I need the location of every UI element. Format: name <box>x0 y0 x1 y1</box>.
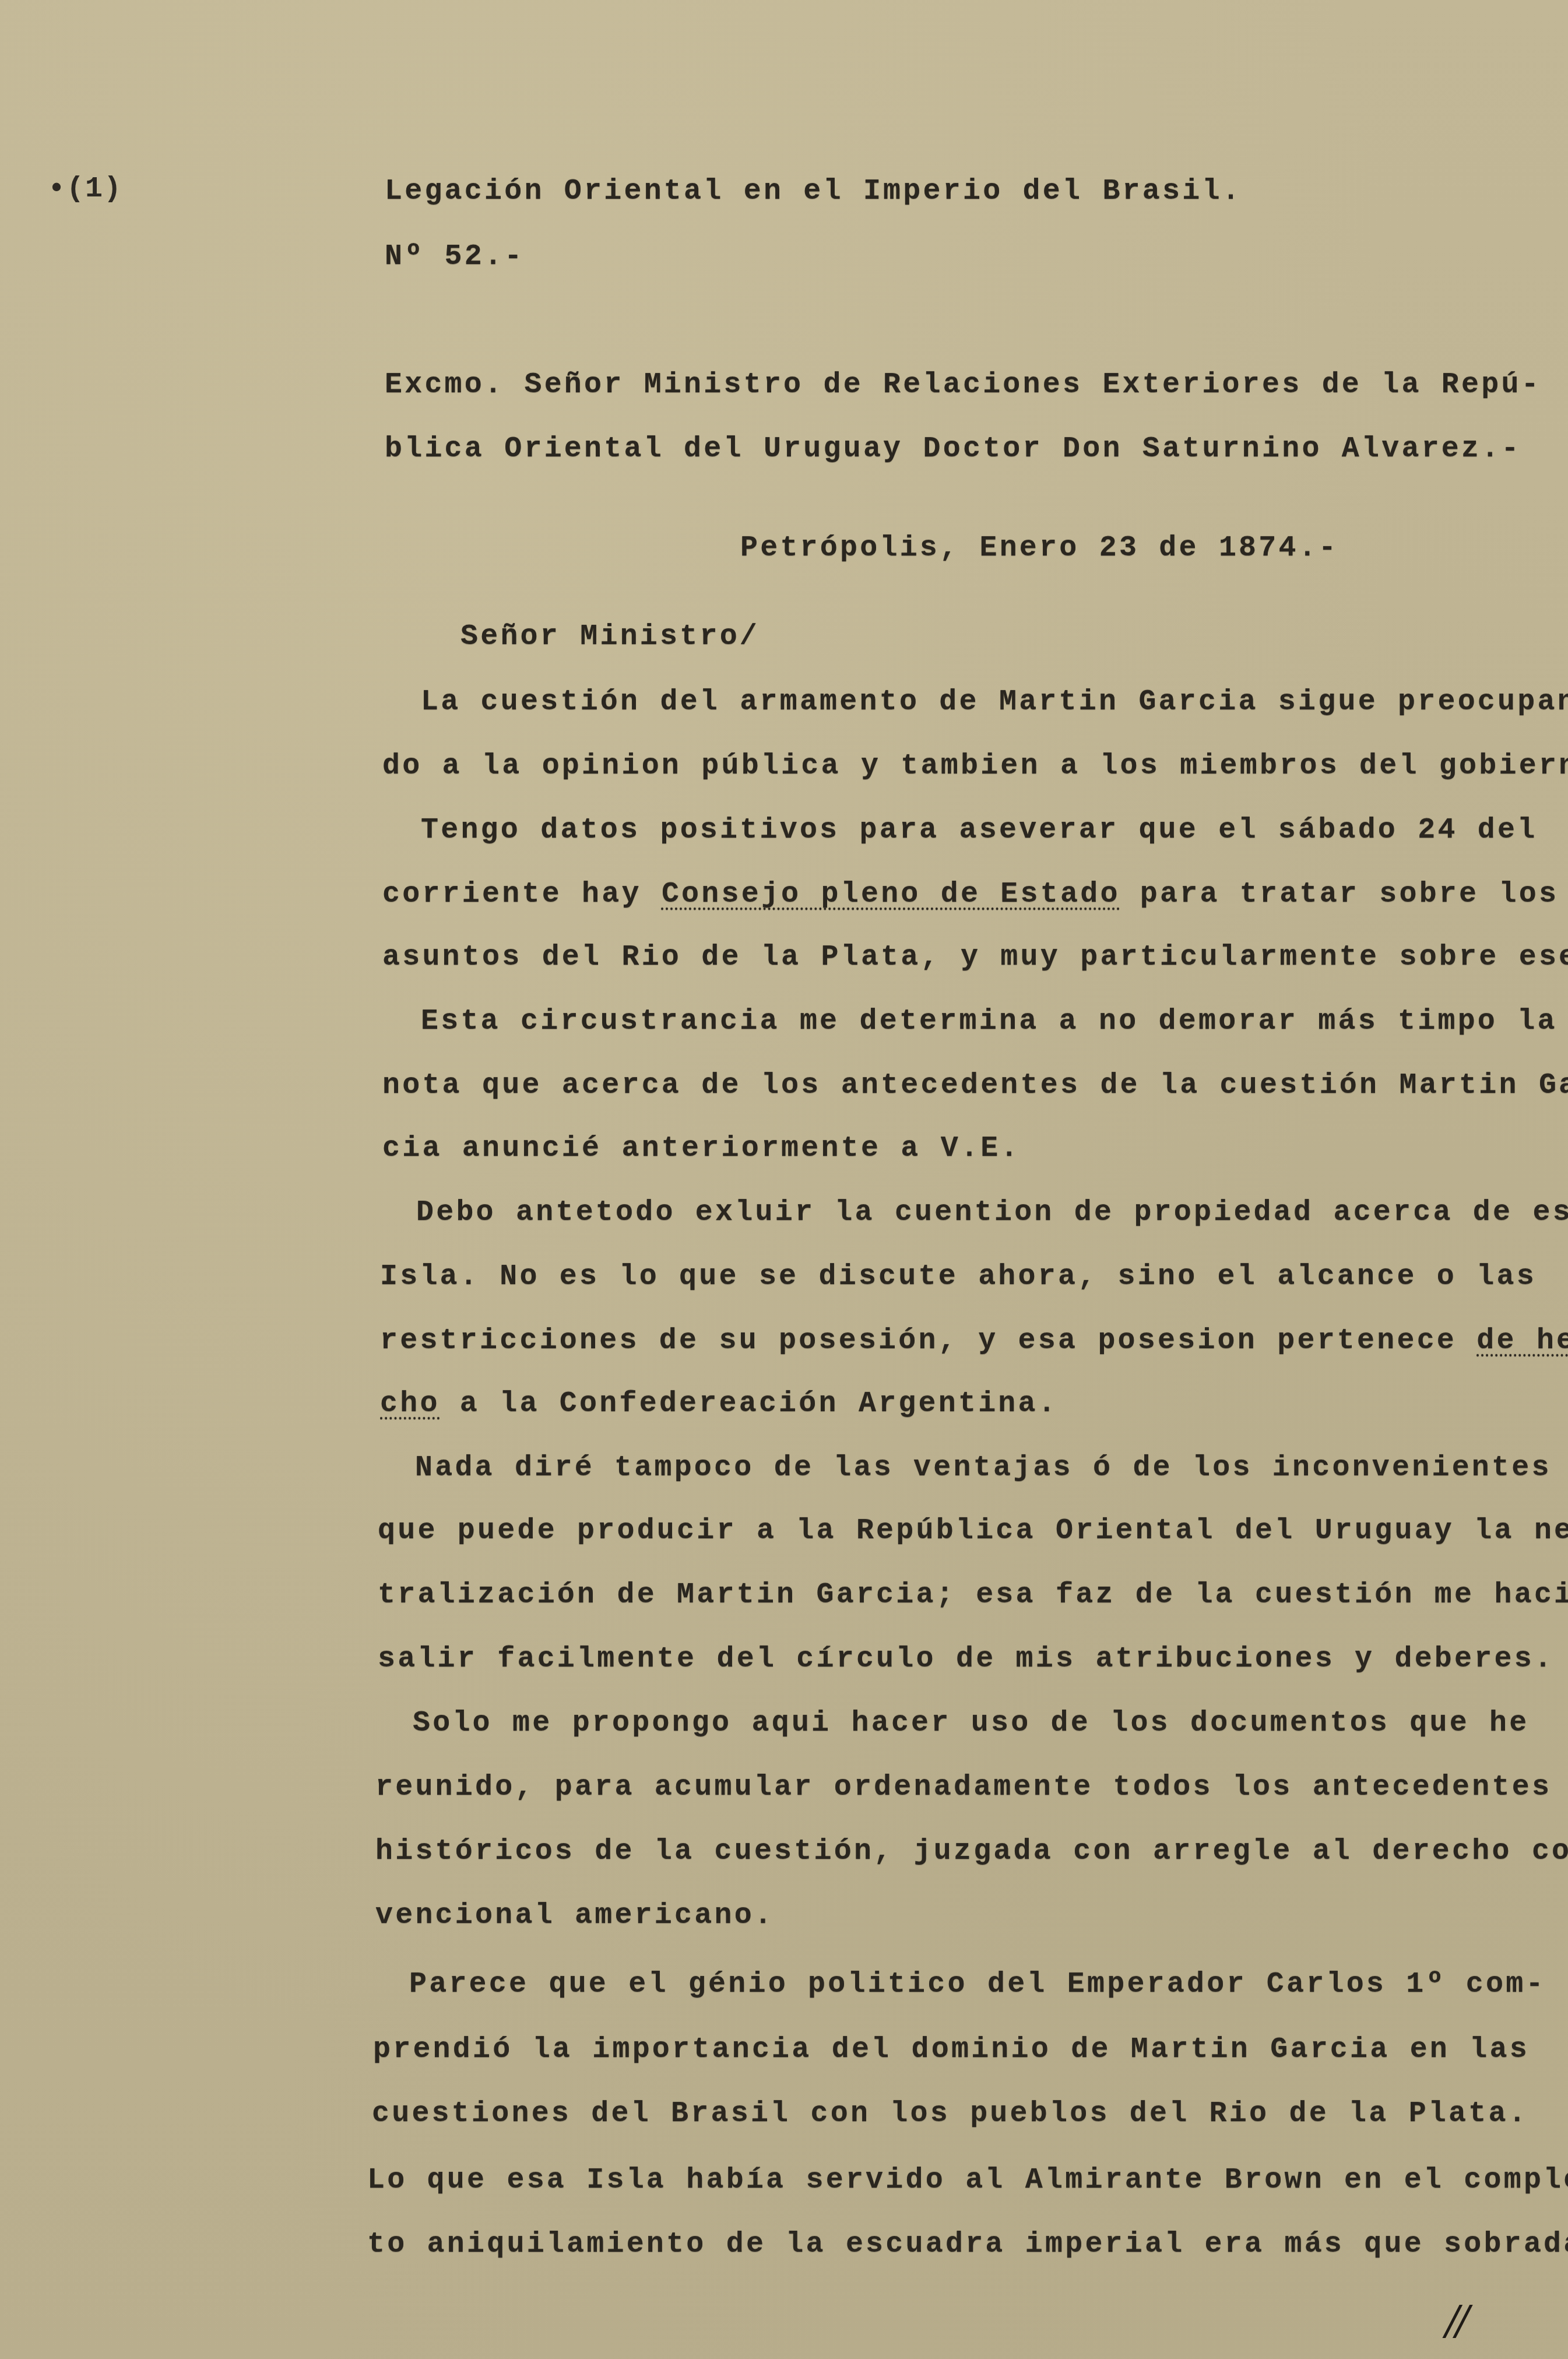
underlined-phrase: de he- <box>1476 1324 1568 1358</box>
body-line: Solo me propongo aqui hacer uso de los d… <box>413 1707 1529 1740</box>
body-line: do a la opinion pública y tambien a los … <box>382 750 1568 783</box>
body-line: nota que acerca de los antecedentes de l… <box>382 1069 1568 1102</box>
body-line: Nada diré tampoco de las ventajas ó de l… <box>415 1451 1552 1485</box>
place-date: Petrópolis, Enero 23 de 1874.- <box>740 532 1338 565</box>
body-line: salir facilmente del círculo de mis atri… <box>378 1643 1554 1676</box>
body-line: asuntos del Rio de la Plata, y muy parti… <box>382 941 1568 974</box>
body-line: Lo que esa Isla había servido al Almiran… <box>367 2164 1568 2197</box>
salutation: Señor Ministro/ <box>460 620 760 653</box>
body-line: que puede producir a la República Orient… <box>378 1514 1568 1548</box>
body-line-text: a la Confedereación Argentina. <box>440 1387 1058 1421</box>
body-line: vencional americano. <box>375 1899 774 1932</box>
body-line: La cuestión del armamento de Martin Garc… <box>421 685 1568 719</box>
addressee-line-1: Excmo. Señor Ministro de Relaciones Exte… <box>385 368 1541 402</box>
legation-header: Legación Oriental en el Imperio del Bras… <box>385 175 1242 208</box>
body-line-text: restricciones de su posesión, y esa pose… <box>380 1324 1476 1358</box>
body-line: cuestiones del Brasil con los pueblos de… <box>372 2097 1528 2131</box>
body-line: históricos de la cuestión, juzgada con a… <box>375 1835 1568 1868</box>
body-line: Esta circustrancia me determina a no dem… <box>421 1005 1558 1038</box>
body-line: Isla. No es lo que se discute ahora, sin… <box>380 1260 1537 1293</box>
body-line-text: corriente hay <box>382 878 662 911</box>
addressee-line-2: blica Oriental del Uruguay Doctor Don Sa… <box>385 433 1521 466</box>
body-line: reunido, para acumular ordenadamente tod… <box>375 1771 1552 1804</box>
body-line: cho a la Confedereación Argentina. <box>380 1387 1058 1421</box>
body-line: tralización de Martin Garcia; esa faz de… <box>378 1578 1568 1612</box>
body-line: Debo antetodo exluir la cuention de prop… <box>416 1196 1568 1229</box>
continuation-mark: // <box>1446 2297 1466 2344</box>
page-number-mark: •(1) <box>48 173 122 206</box>
body-line: cia anuncié anteriormente a V.E. <box>382 1132 1021 1165</box>
body-line: to aniquilamiento de la escuadra imperia… <box>367 2228 1568 2261</box>
body-line: restricciones de su posesión, y esa pose… <box>380 1324 1568 1358</box>
underlined-phrase: Consejo pleno de Estado <box>662 878 1120 911</box>
body-line-text: para tratar sobre los <box>1120 878 1559 911</box>
body-line: corriente hay Consejo pleno de Estado pa… <box>382 878 1559 911</box>
body-line: prendió la importancia del dominio de Ma… <box>373 2033 1530 2066</box>
underlined-phrase: cho <box>380 1387 440 1421</box>
body-line: Parece que el génio politico del Emperad… <box>409 1968 1546 2001</box>
body-line: Tengo datos positivos para aseverar que … <box>421 814 1537 847</box>
typed-letter-page: •(1) Legación Oriental en el Imperio del… <box>0 0 1568 2359</box>
note-number: Nº 52.- <box>385 240 524 273</box>
